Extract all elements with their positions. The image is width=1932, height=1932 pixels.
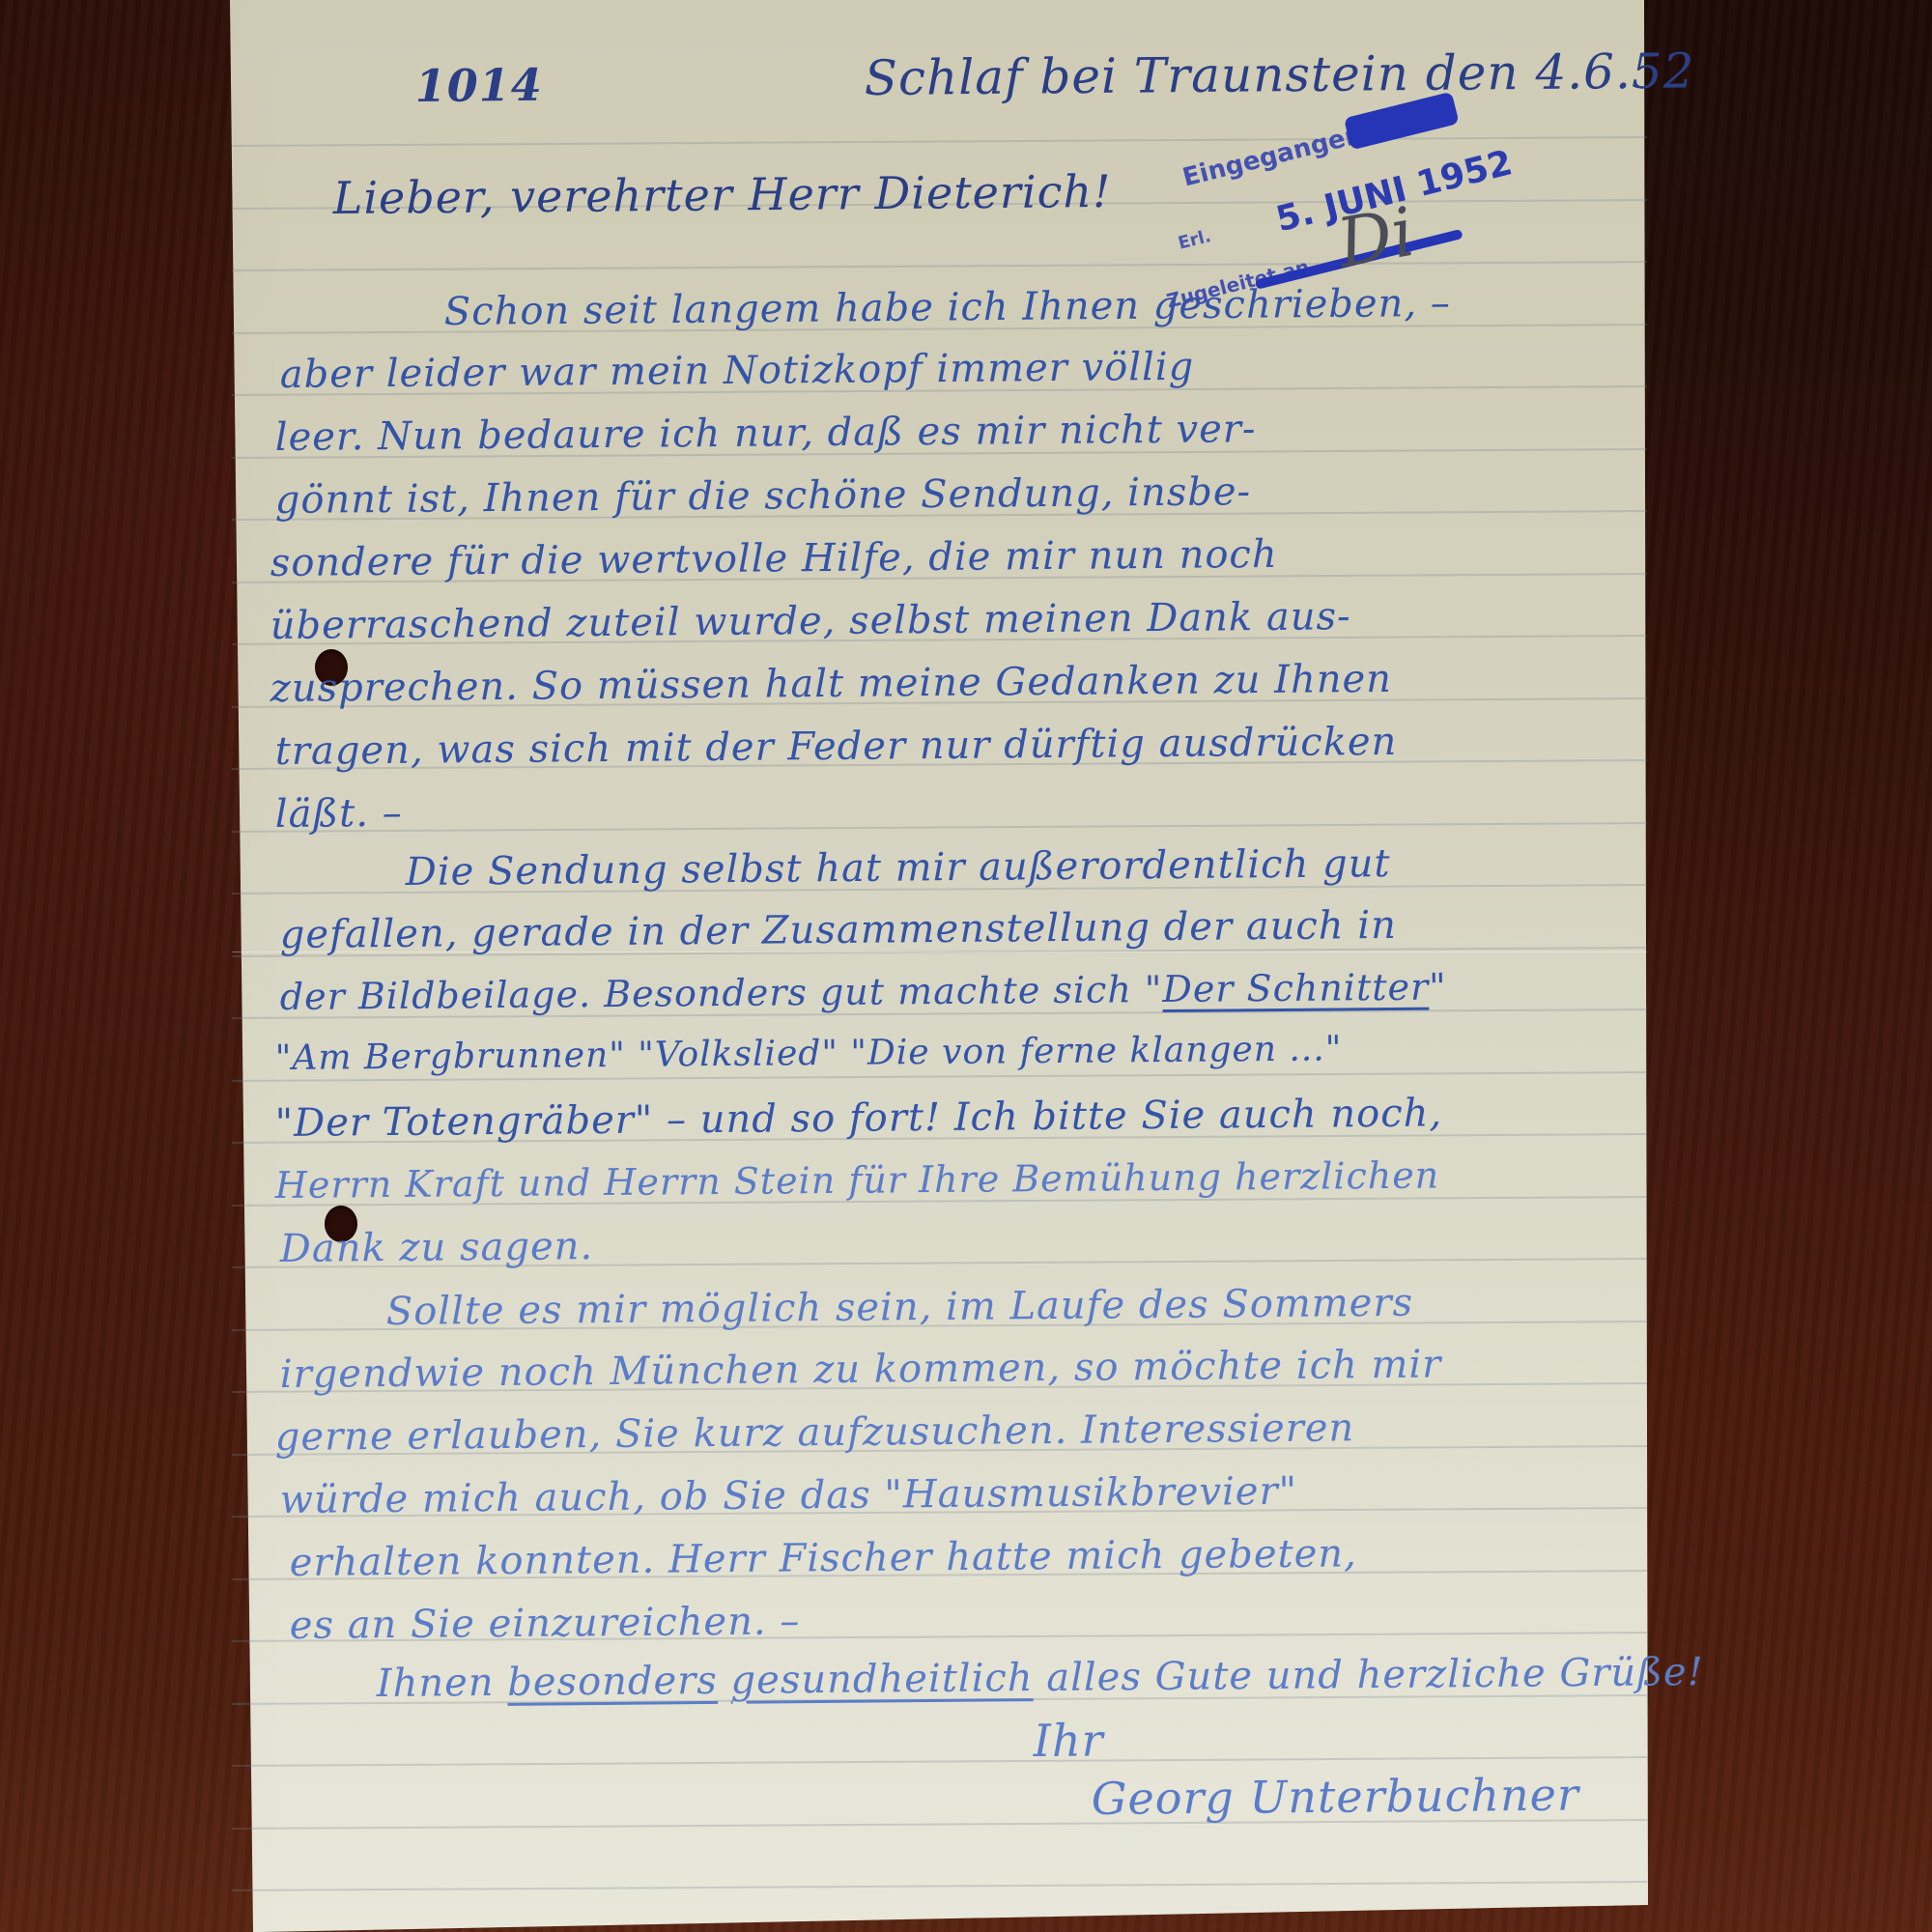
- letter-line: aber leider war mein Notizkopf immer völ…: [280, 345, 1195, 397]
- place-and-date: Schlaf bei Traunstein den 4.6.52: [864, 43, 1694, 106]
- letter-line: Schon seit langem habe ich Ihnen geschri…: [444, 281, 1451, 334]
- letter-line: Dank zu sagen.: [280, 1224, 594, 1271]
- letter-line: Die Sendung selbst hat mir außerordentli…: [406, 841, 1391, 895]
- letter-line: leer. Nun bedaure ich nur, daß es mir ni…: [275, 407, 1257, 460]
- letter-line: läßt. –: [275, 791, 403, 837]
- underlined-phrase: Der Schnitter: [1162, 966, 1429, 1010]
- letter-line: würde mich auch, ob Sie das "Hausmusikbr…: [280, 1469, 1298, 1522]
- letter-line: es an Sie einzureichen. –: [290, 1599, 801, 1648]
- underlined-phrase: besonders: [507, 1659, 718, 1705]
- underlined-phrase: gesundheitlich: [730, 1656, 1033, 1703]
- signature: Georg Unterbuchner: [1092, 1769, 1580, 1825]
- closing: Ihr: [1034, 1714, 1104, 1767]
- salutation: Lieber, verehrter Herr Dieterich!: [333, 165, 1112, 224]
- letter-line: gerne erlauben, Sie kurz aufzusuchen. In…: [275, 1406, 1355, 1460]
- stamp-handwritten-initials: Di: [1331, 192, 1420, 283]
- letter-line: Sollte es mir möglich sein, im Laufe des…: [386, 1281, 1414, 1334]
- letter-line: gönnt ist, Ihnen für die schöne Sendung,…: [275, 469, 1252, 523]
- archive-number: 1014: [415, 59, 543, 112]
- letter-line: erhalten konnten. Herr Fischer hatte mic…: [290, 1531, 1357, 1585]
- letter-line: sondere für die wertvolle Hilfe, die mir…: [270, 532, 1278, 585]
- letter-line: überraschend zuteil wurde, selbst meinen…: [270, 594, 1351, 648]
